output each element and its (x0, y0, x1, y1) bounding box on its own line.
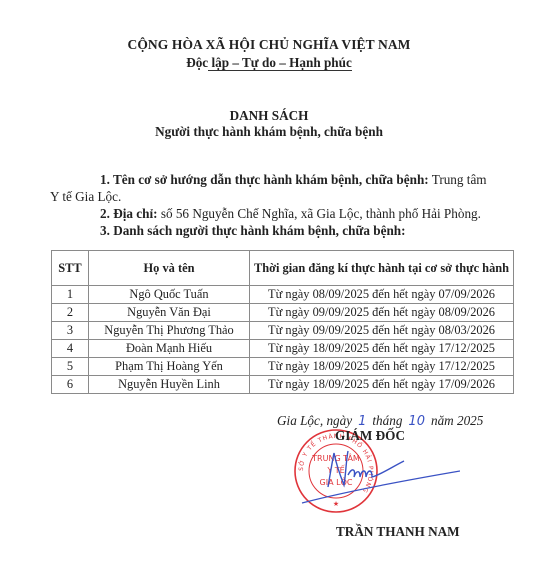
section-2-value: số 56 Nguyễn Chế Nghĩa, xã Gia Lộc, thàn… (158, 206, 481, 221)
cell-stt: 4 (52, 340, 89, 358)
header-name: Họ và tên (89, 251, 250, 286)
month-label: tháng (372, 413, 402, 428)
practitioner-table: STT Họ và tên Thời gian đăng kí thực hàn… (51, 250, 514, 394)
cell-name: Nguyễn Huyền Linh (89, 376, 250, 394)
cell-stt: 1 (52, 286, 89, 304)
table-row: 6Nguyễn Huyền LinhTừ ngày 18/09/2025 đến… (52, 376, 514, 394)
cell-name: Ngô Quốc Tuấn (89, 286, 250, 304)
section-2-label: 2. Địa chỉ: (100, 206, 158, 221)
section-3-label: 3. Danh sách người thực hành khám bệnh, … (100, 222, 406, 239)
handwritten-month: 10 (402, 414, 431, 429)
header-stt: STT (52, 251, 89, 286)
place-date-prefix: Gia Lộc, ngày (277, 413, 352, 428)
document-title: DANH SÁCH (0, 108, 538, 124)
motto-underlined: lập – Tự do – Hạnh phúc (208, 55, 352, 71)
cell-name: Nguyễn Văn Đại (89, 304, 250, 322)
nation-heading: CỘNG HÒA XÃ HỘI CHỦ NGHĨA VIỆT NAM (0, 37, 538, 53)
section-1-value: Trung tâm (429, 172, 487, 187)
cell-stt: 5 (52, 358, 89, 376)
table-row: 3Nguyễn Thị Phương ThảoTừ ngày 09/09/202… (52, 322, 514, 340)
place-date: Gia Lộc, ngày1tháng10năm 2025 (277, 413, 483, 429)
section-1-continued: Y tế Gia Lộc. (50, 188, 121, 205)
cell-stt: 6 (52, 376, 89, 394)
cell-period: Từ ngày 09/09/2025 đến hết ngày 08/03/20… (250, 322, 514, 340)
cell-stt: 2 (52, 304, 89, 322)
motto-prefix: Độc (186, 55, 208, 70)
cell-name: Phạm Thị Hoàng Yến (89, 358, 250, 376)
signature-mark (300, 445, 460, 505)
table-row: 2Nguyễn Văn ĐạiTừ ngày 09/09/2025 đến hế… (52, 304, 514, 322)
table-header-row: STT Họ và tên Thời gian đăng kí thực hàn… (52, 251, 514, 286)
document-subtitle: Người thực hành khám bệnh, chữa bệnh (0, 124, 538, 140)
table-row: 1Ngô Quốc TuấnTừ ngày 08/09/2025 đến hết… (52, 286, 514, 304)
section-1-label: 1. Tên cơ sở hướng dẫn thực hành khám bệ… (100, 172, 429, 187)
cell-period: Từ ngày 18/09/2025 đến hết ngày 17/12/20… (250, 358, 514, 376)
cell-period: Từ ngày 08/09/2025 đến hết ngày 07/09/20… (250, 286, 514, 304)
cell-period: Từ ngày 09/09/2025 đến hết ngày 08/09/20… (250, 304, 514, 322)
cell-name: Đoàn Mạnh Hiếu (89, 340, 250, 358)
section-1: 1. Tên cơ sở hướng dẫn thực hành khám bệ… (100, 171, 487, 188)
motto: Độc lập – Tự do – Hạnh phúc (0, 55, 538, 71)
header-period: Thời gian đăng kí thực hành tại cơ sở th… (250, 251, 514, 286)
section-2: 2. Địa chỉ: số 56 Nguyễn Chế Nghĩa, xã G… (100, 205, 481, 222)
table-row: 5Phạm Thị Hoàng YếnTừ ngày 18/09/2025 đế… (52, 358, 514, 376)
cell-period: Từ ngày 18/09/2025 đến hết ngày 17/09/20… (250, 376, 514, 394)
year-label: năm 2025 (431, 413, 483, 428)
signer-role: GIÁM ĐỐC (335, 428, 405, 444)
cell-name: Nguyễn Thị Phương Thảo (89, 322, 250, 340)
handwritten-day: 1 (352, 414, 372, 429)
table-row: 4Đoàn Mạnh HiếuTừ ngày 18/09/2025 đến hế… (52, 340, 514, 358)
signer-name: TRẦN THANH NAM (336, 524, 460, 540)
cell-period: Từ ngày 18/09/2025 đến hết ngày 17/12/20… (250, 340, 514, 358)
cell-stt: 3 (52, 322, 89, 340)
